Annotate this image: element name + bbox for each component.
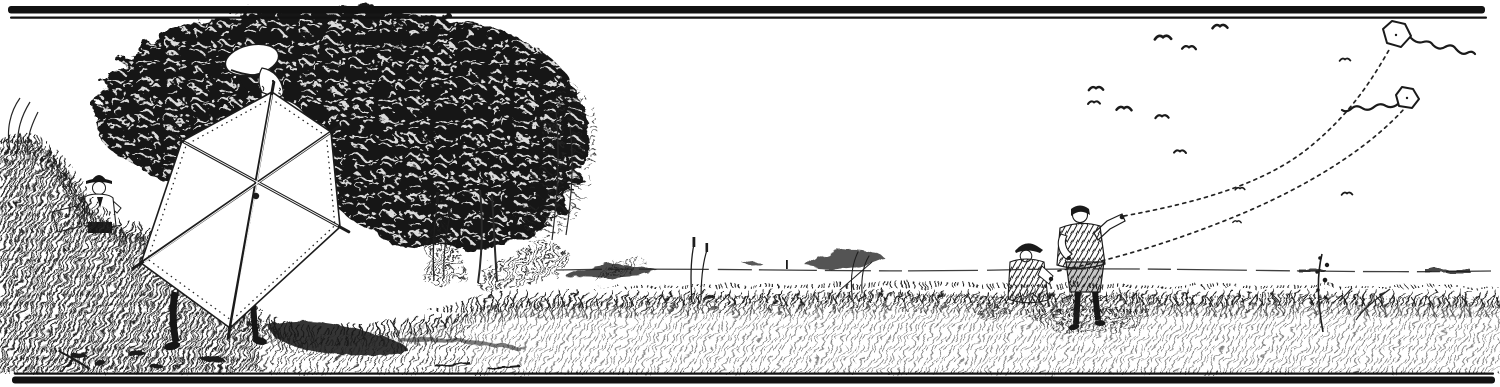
illustration-kite-scene xyxy=(0,0,1500,387)
tall-boy-lower-hand xyxy=(1067,256,1071,260)
border-top-thin xyxy=(10,17,1487,19)
tall-boy-shorts-shade xyxy=(1066,262,1104,292)
small-boy-hand xyxy=(1049,277,1053,281)
border-bottom-thick xyxy=(12,377,1495,384)
border-bottom-thin xyxy=(14,373,1494,375)
kite1-dot xyxy=(1395,34,1397,36)
tuft-blades xyxy=(1028,310,1148,316)
border-top-thick xyxy=(8,6,1485,14)
hex-kite-hub xyxy=(253,193,259,199)
carrier-left-leg xyxy=(173,292,176,342)
kite2-dot xyxy=(1406,97,1408,99)
scene-canvas xyxy=(0,0,1500,387)
distant-post xyxy=(786,260,788,269)
child-head xyxy=(93,182,106,195)
